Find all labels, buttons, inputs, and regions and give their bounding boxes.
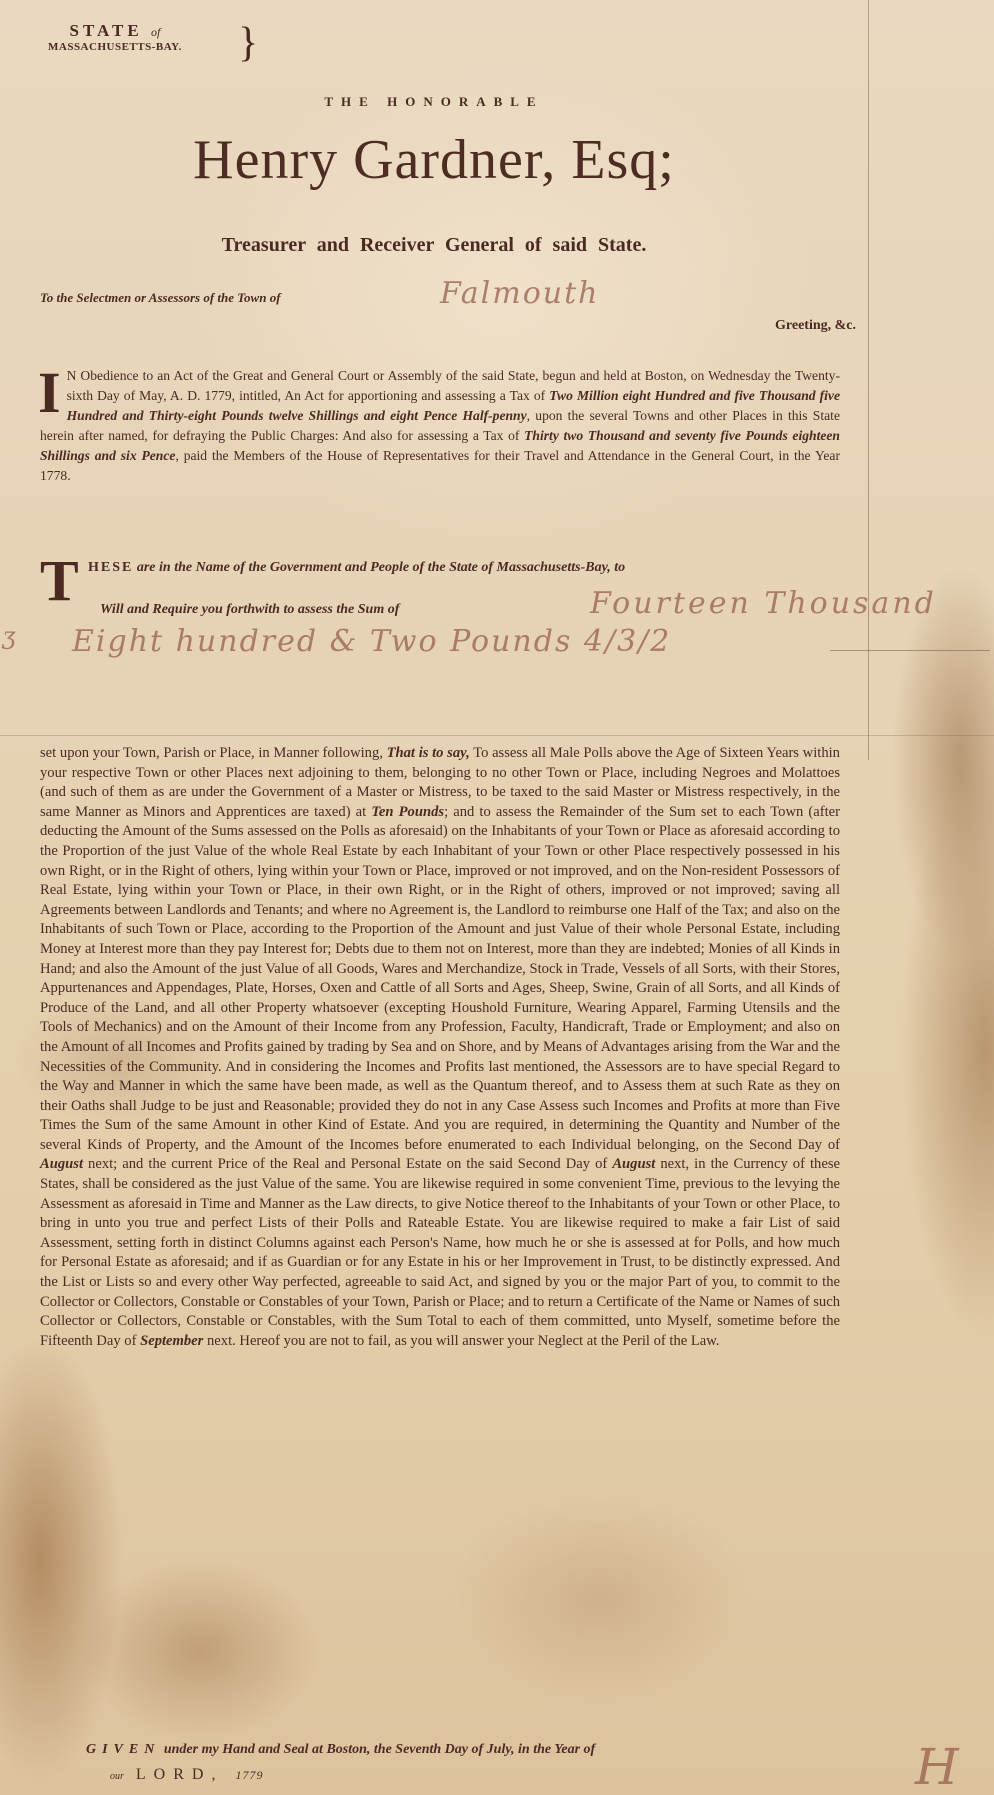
state-of: of bbox=[151, 25, 160, 39]
state-header: STATE of Massachusetts-Bay. bbox=[48, 22, 182, 53]
dropcap-i: I bbox=[38, 368, 61, 418]
signature-handwritten: H bbox=[915, 1738, 959, 1795]
dropcap-t: T bbox=[40, 552, 79, 610]
subtitle: Treasurer and Receiver General of said S… bbox=[0, 234, 868, 257]
page-title: Henry Gardner, Esq; bbox=[0, 128, 868, 192]
sum-handwritten-1: Fourteen Thousand bbox=[590, 586, 937, 621]
body-paragraph: set upon your Town, Parish or Place, in … bbox=[40, 744, 840, 1351]
sum-handwritten-2: Eight hundred & Two Pounds 4/3/2 bbox=[72, 624, 671, 659]
state-word: STATE bbox=[70, 21, 143, 40]
vertical-fold-line bbox=[868, 0, 869, 760]
greeting: Greeting, &c. bbox=[775, 318, 856, 334]
address-line: To the Selectmen or Assessors of the Tow… bbox=[40, 290, 281, 306]
these-line: HESE are in the Name of the Government a… bbox=[88, 560, 868, 576]
given-line: GIVEN under my Hand and Seal at Boston, … bbox=[86, 1742, 886, 1758]
margin-mark: ʒ bbox=[2, 622, 16, 650]
lord-year-line: our LORD, 1779 bbox=[110, 1766, 263, 1784]
honorable-heading: The Honorable bbox=[0, 94, 868, 110]
horizontal-fold-line bbox=[0, 735, 994, 736]
underline-rule bbox=[830, 650, 990, 651]
will-require-line: Will and Require you forthwith to assess… bbox=[100, 602, 399, 618]
state-name: Massachusetts-Bay. bbox=[48, 41, 182, 53]
brace-icon: } bbox=[238, 22, 258, 64]
town-handwritten: Falmouth bbox=[440, 276, 599, 311]
paragraph-obedience: IN Obedience to an Act of the Great and … bbox=[40, 366, 840, 486]
